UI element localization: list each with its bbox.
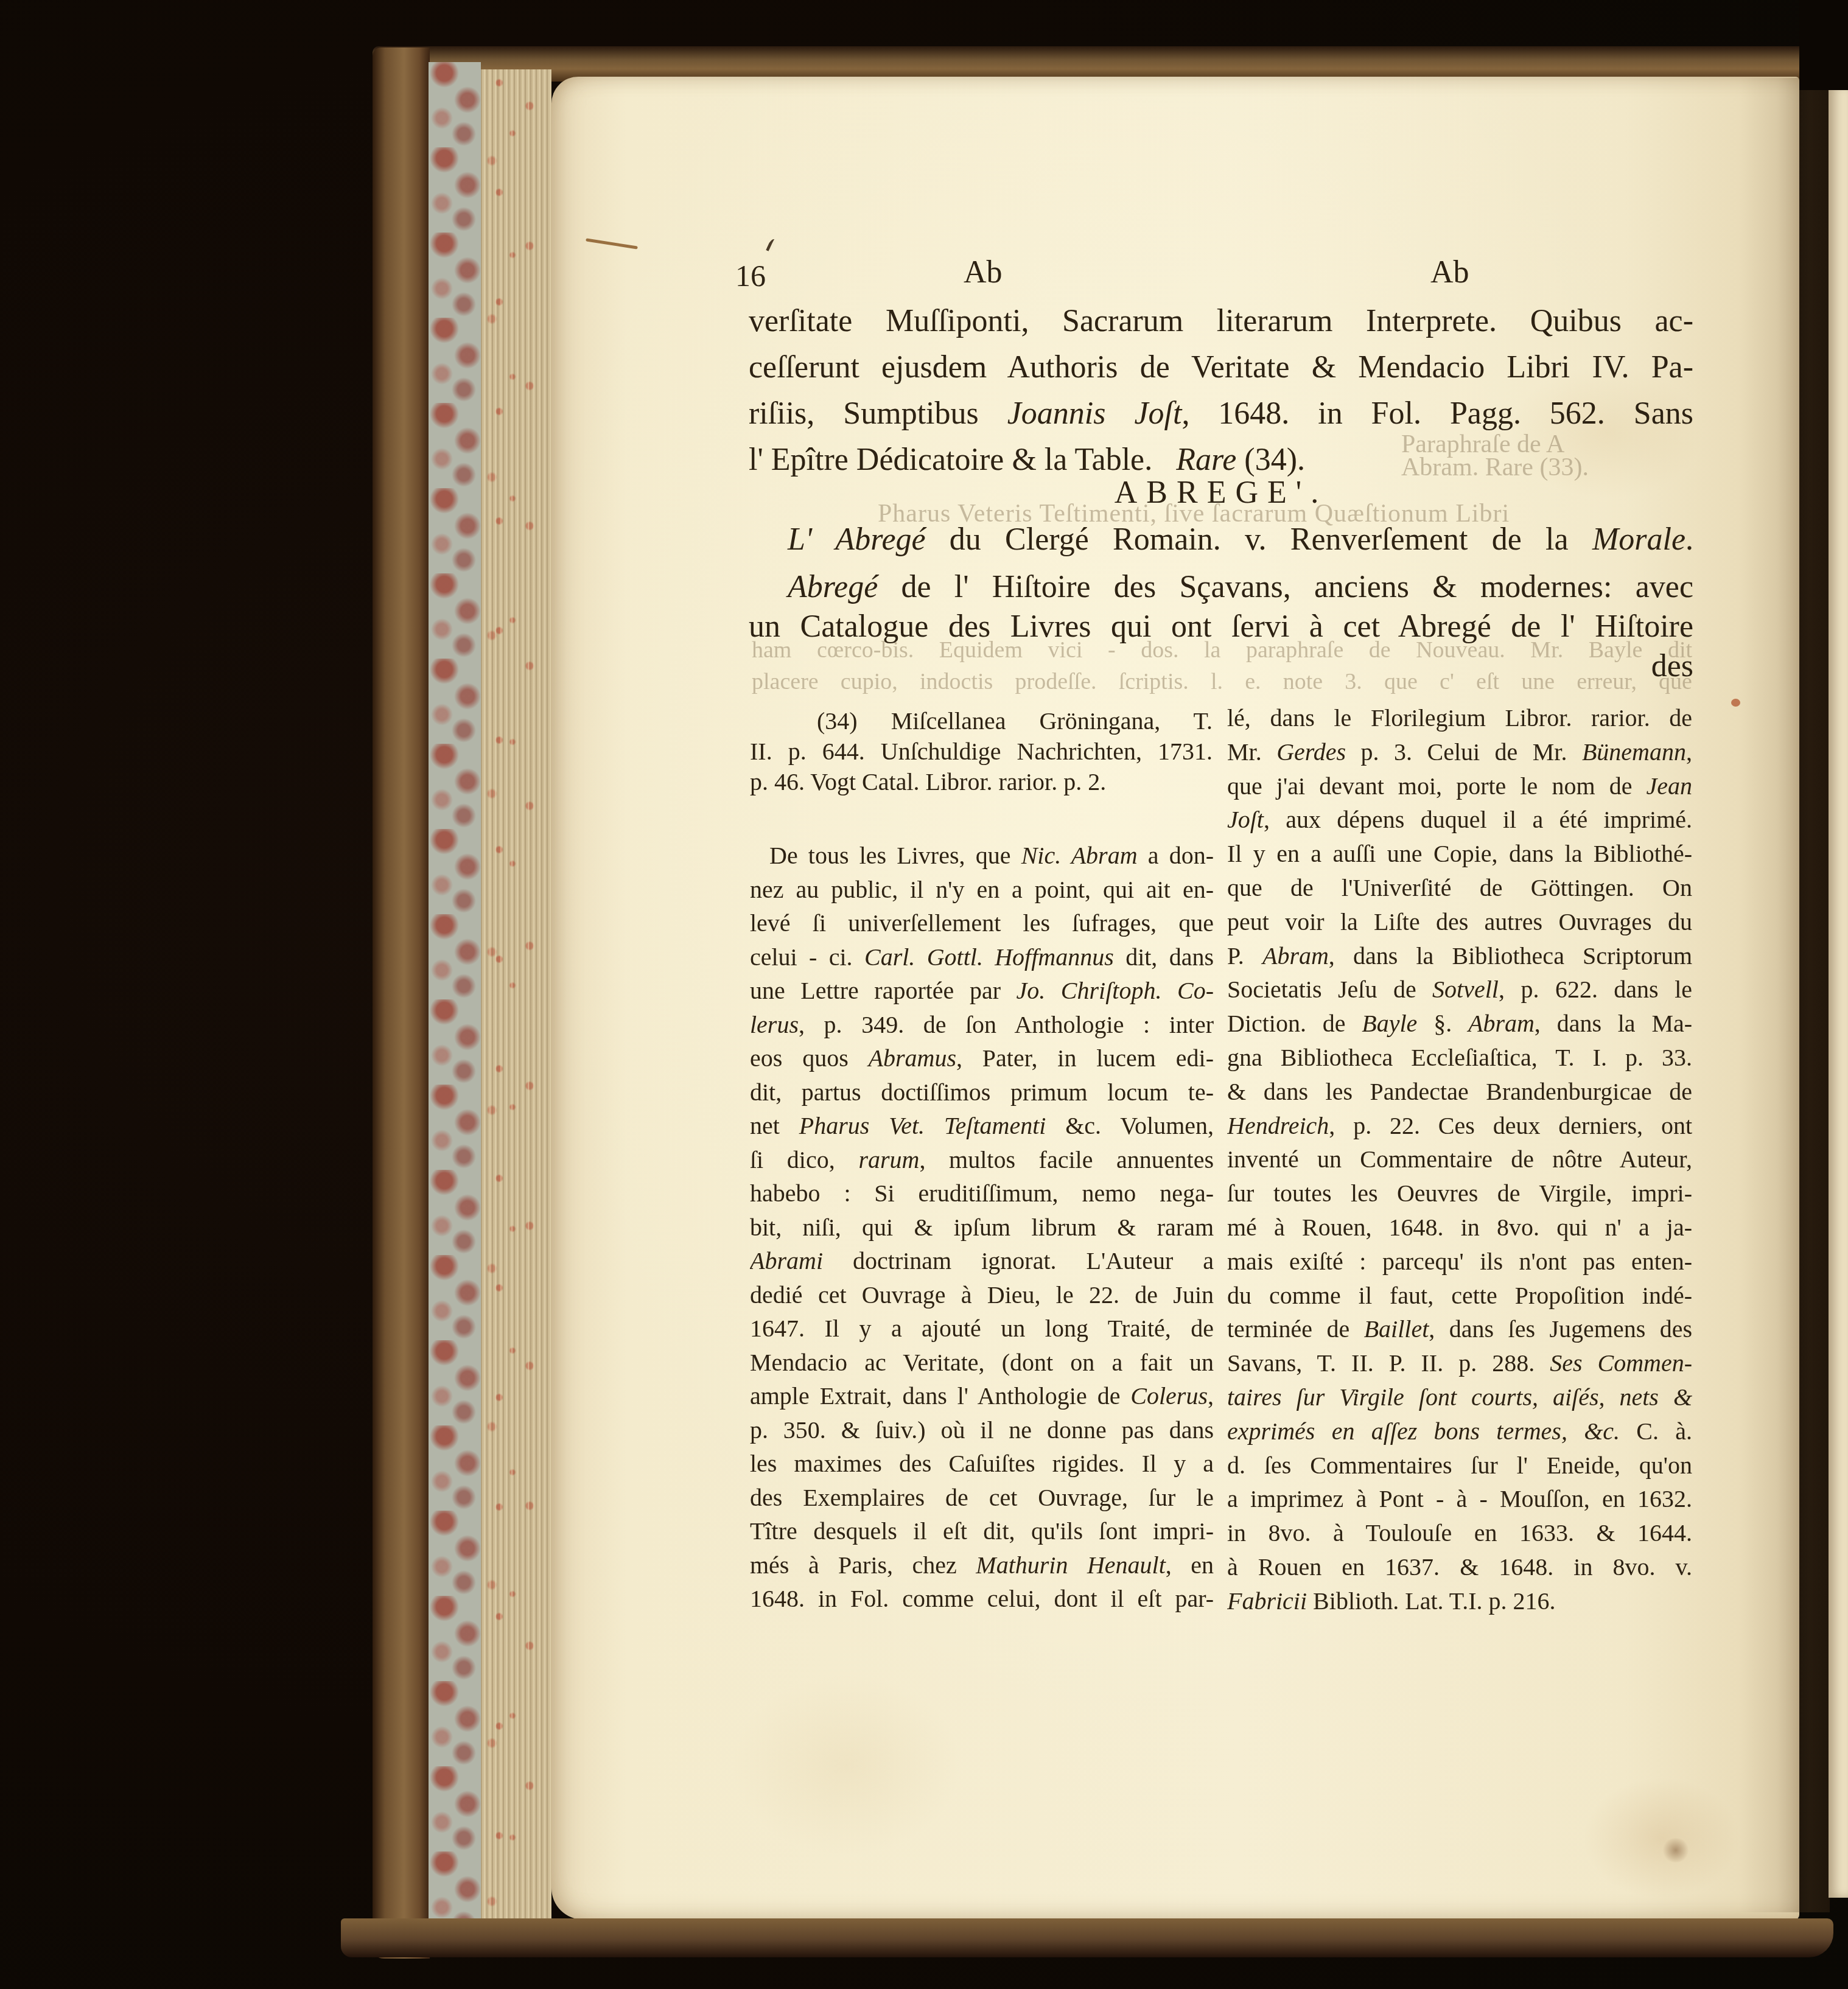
text-line: bit, niſi, qui & ipſum librum & raram [750,1211,1214,1245]
paper-stain [730,1674,962,1856]
running-head-right: Ab [1430,254,1469,290]
text-line: que j'ai devant moi, porte le nom de Jea… [1227,769,1692,803]
book-cover-bottom-edge [341,1918,1833,1957]
page-gutter-shadow [1738,78,1830,1912]
text-line: Abregé de l' Hiſtoire des Sçavans, ancie… [749,567,1693,607]
text-line: une Lettre raportée par Jo. Chriſtoph. C… [750,974,1214,1008]
text-line: Joſt, aux dépens duquel il a été imprimé… [1227,803,1692,837]
text-line: més à Paris, chez Mathurin Henault, en [750,1548,1214,1582]
text-line: ample Extrait, dans l' Anthologie de Col… [750,1379,1214,1413]
book-cover-left-edge [373,47,430,1959]
rust-fleck [1731,699,1740,707]
cross-reference-line: L' Abregé du Clergé Romain. v. Renverſem… [749,522,1693,558]
text-line: à Rouen en 1637. & 1648. in 8vo. v. [1227,1550,1692,1584]
text-line: ceſſerunt ejusdem Authoris de Veritate &… [749,344,1693,391]
text-line: taires ſur Virgile ſont courts, aiſés, n… [1227,1380,1692,1414]
text-line: Il y en a auſſi une Copie, dans la Bibli… [1227,837,1692,871]
text-line: p. 350. & ſuiv.) où il ne donne pas dans [750,1413,1214,1447]
text-line: ſi dico, rarum, multos facile annuentes [750,1143,1214,1177]
text-line: verſitate Muſſiponti, Sacrarum literarum… [749,298,1693,344]
text-line: Hendreich, p. 22. Ces deux derniers, ont [1227,1109,1692,1143]
book-scan-photo: Paraphraſe de A Abram. Rare (33). Pharus… [0,0,1848,1989]
text-line: mais exiſté : parcequ' ils n'ont pas ent… [1227,1245,1692,1279]
text-line: a imprimez à Pont - à - Mouſſon, en 1632… [1227,1482,1692,1516]
text-line: inventé un Commentaire de nôtre Auteur, [1227,1142,1692,1176]
text-line: d. ſes Commentaires ſur l' Eneide, qu'on [1227,1449,1692,1483]
text-line: gna Bibliotheca Eccleſiaſtica, T. I. p. … [1227,1041,1692,1075]
text-line: dit, partus doctiſſimos primum locum te- [750,1075,1214,1110]
text-line: Abrami doctrinam ignorat. L'Auteur a [750,1244,1214,1278]
text-line: dedié cet Ouvrage à Dieu, le 22. de Juin [750,1278,1214,1312]
text-line: & dans les Pandectae Brandenburgicae de [1227,1075,1692,1109]
text-line: 1647. Il y a ajouté un long Traité, de [750,1312,1214,1346]
marbled-endpaper-edge [429,62,481,1950]
text-line: terminée de Baillet, dans ſes Jugemens d… [1227,1312,1692,1346]
section-heading: ABREGE'. [749,475,1693,511]
text-line: des [749,646,1693,686]
background-corner [1799,0,1848,90]
text-line: des Exemplaires de cet Ouvrage, ſur le [750,1481,1214,1515]
text-line: P. Abram, dans la Bibliotheca Scriptorum [1227,939,1692,973]
text-line: II. p. 644. Unſchuldige Nachrichten, 173… [750,736,1213,767]
text-line: un Catalogue des Livres qui ont ſervi à … [749,607,1693,646]
next-page-sliver [1829,85,1848,1898]
paper-stain [1662,1838,1690,1862]
text-line: net Pharus Vet. Teſtamenti &c. Volumen, [750,1109,1214,1143]
text-line: lerus, p. 349. de ſon Anthologie : inter [750,1008,1214,1042]
text-line: in 8vo. à Toulouſe en 1633. & 1644. [1227,1516,1692,1550]
text-line: les maximes des Caſuiſtes rigides. Il y … [750,1447,1214,1481]
intro-paragraph: verſitate Muſſiponti, Sacrarum literarum… [749,298,1693,483]
text-line: (34) Miſcellanea Gröningana, T. [750,706,1213,736]
commentary-column-left: De tous les Livres, que Nic. Abram a don… [750,839,1214,1616]
text-line: p. 46. Vogt Catal. Libror. rarior. p. 2. [750,767,1213,797]
text-line: Diction. de Bayle §. Abram, dans la Ma- [1227,1007,1692,1041]
text-line: eos quos Abramus, Pater, in lucem edi- [750,1041,1214,1075]
text-line: du comme il faut, cette Propoſition indé… [1227,1279,1692,1313]
text-line: Fabricii Biblioth. Lat. T.I. p. 216. [1227,1584,1692,1618]
commentary-column-right: lé, dans le Florilegium Libror. rarior. … [1227,701,1692,1618]
text-line: exprimés en aſſez bons termes, &c. C. à. [1227,1414,1692,1449]
page-number: 16 [735,258,766,293]
text-line: lé, dans le Florilegium Libror. rarior. … [1227,701,1692,735]
text-line: Mendacio ac Veritate, (dont on a fait un [750,1346,1214,1380]
paper-stain [1583,1777,1741,1899]
text-line: celui - ci. Carl. Gottl. Hoffmannus dit,… [750,940,1214,974]
text-line: Mr. Gerdes p. 3. Celui de Mr. Bünemann, [1227,735,1692,769]
text-line: Savans, T. II. P. II. p. 288. Ses Commen… [1227,1346,1692,1380]
text-line: ſur toutes les Oeuvres de Virgile, impri… [1227,1176,1692,1211]
page-block-fore-edge [481,69,551,1933]
text-line: habebo : Si eruditiſſimum, nemo nega- [750,1176,1214,1211]
text-line: riſiis, Sumptibus Joannis Joſt, 1648. in… [749,391,1693,437]
text-line: 1648. in Fol. comme celui, dont il eſt p… [750,1582,1214,1616]
text-line: Societatis Jeſu de Sotvell, p. 622. dans… [1227,973,1692,1007]
text-line: que de l'Univerſité de Göttingen. On [1227,871,1692,905]
running-head-left: Ab [964,254,1003,290]
text-line: levé ſi univerſellement les ſufrages, qu… [750,906,1214,940]
text-line: peut voir la Liſte des autres Ouvrages d… [1227,905,1692,939]
text-line: Tître desquels il eſt dit, qu'ils ſont i… [750,1514,1214,1548]
catalog-paragraph: Abregé de l' Hiſtoire des Sçavans, ancie… [749,567,1693,686]
text-line: mé à Rouen, 1648. in 8vo. qui n' a ja- [1227,1211,1692,1245]
text-line: De tous les Livres, que Nic. Abram a don… [750,839,1214,873]
text-line: nez au public, il n'y en a point, qui ai… [750,873,1214,907]
footnote-34: (34) Miſcellanea Gröningana, T.II. p. 64… [750,706,1213,797]
